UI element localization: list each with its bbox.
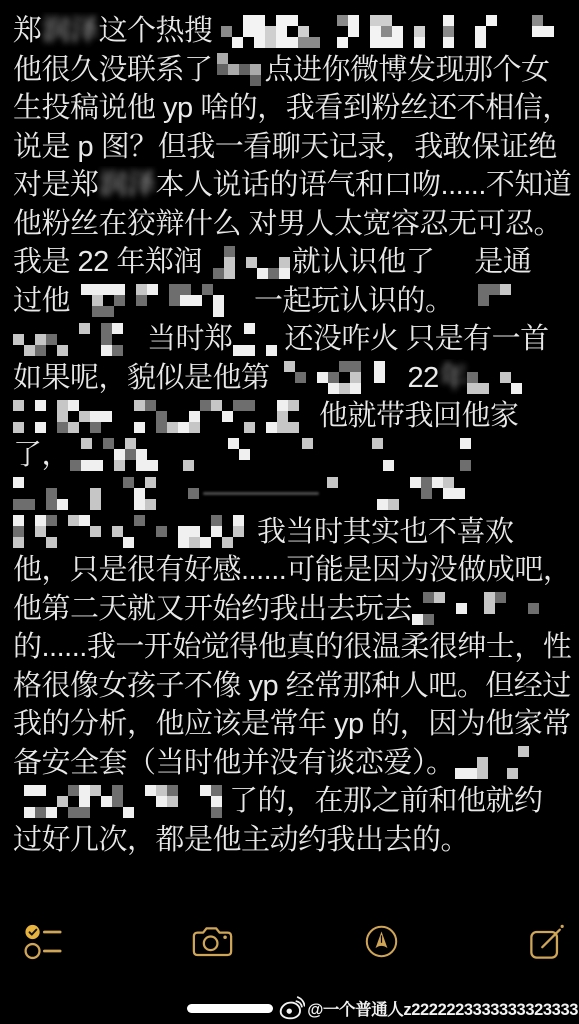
mosaic-redaction — [233, 323, 285, 356]
gap — [213, 26, 221, 36]
home-indicator[interactable] — [187, 1004, 273, 1013]
text-run: 当时郑 — [147, 320, 233, 359]
mosaic-redaction — [337, 15, 433, 48]
mosaic-redaction — [374, 361, 400, 394]
gap — [321, 26, 337, 36]
mosaic-redaction — [475, 15, 503, 48]
mosaic-redaction — [467, 361, 523, 394]
text-run: 还没咋火 只是有一首 — [285, 320, 549, 359]
text-line — [13, 474, 579, 513]
gap — [459, 26, 475, 36]
text-run: 过他 — [13, 282, 70, 321]
text-run: 说是 p 图？但我一看聊天记录，我敢保证绝 — [13, 128, 557, 167]
gap — [157, 488, 177, 498]
note-body[interactable]: 郑润泽这个热搜他很久没联系了点进你微博发现那个女生投稿说他 yp 啥的，我看到粉… — [13, 12, 579, 880]
bottom-toolbar — [0, 916, 579, 966]
gap — [402, 450, 438, 460]
text-run: 他就带我回他家 — [319, 397, 519, 436]
mosaic-redaction — [228, 438, 254, 471]
gap — [158, 450, 172, 460]
text-run: 的......我一开始觉得他真的很温柔很绅士，性 — [13, 628, 571, 667]
markup-button[interactable] — [364, 924, 399, 959]
text-run: 生投稿说他 yp 啥的，我看到粉丝还不相信， — [13, 89, 571, 128]
checklist-icon — [24, 923, 62, 960]
text-line: 了的，在那之前和他就约 — [13, 782, 579, 821]
gap — [319, 488, 327, 498]
gap — [516, 604, 528, 614]
gap — [454, 296, 478, 306]
text-line: 他粉丝在狡辩什么 对男人太宽容忍无可忍。 — [13, 205, 579, 244]
mosaic-redaction — [221, 15, 321, 48]
weibo-logo-icon — [278, 995, 305, 1021]
compose-icon — [529, 923, 565, 960]
text-line: 我的分析，他应该是常年 yp 的，因为他家常 — [13, 705, 579, 744]
text-run: 格很像女孩子不像 yp 经常那种人吧。但经过 — [13, 667, 571, 706]
gap — [476, 604, 484, 614]
camera-button[interactable] — [192, 925, 233, 957]
text-run: 我的分析，他应该是常年 yp 的，因为他家常 — [13, 705, 571, 744]
text-line: 他，只是很有好感......可能是因为没做成吧， — [13, 551, 579, 590]
blurred-text: 润泽 — [99, 166, 156, 205]
gap — [270, 373, 284, 383]
text-line: 他第二天就又开始约我出去玩去 — [13, 590, 579, 629]
text-line: 郑润泽这个热搜 — [13, 12, 579, 51]
mosaic-redaction — [202, 246, 292, 279]
text-run: 本人说话的语气和口吻......不知道 — [156, 166, 572, 205]
text-run: 了， — [13, 436, 70, 475]
text-run: 他第二天就又开始约我出去玩去 — [13, 590, 412, 629]
text-run: 我是 22 年郑润 — [13, 243, 202, 282]
gap — [311, 411, 319, 421]
mosaic-redaction — [528, 592, 546, 625]
text-run: 点进你微博发现那个女 — [265, 51, 550, 90]
mosaic-redaction — [455, 746, 493, 779]
gap — [212, 450, 228, 460]
text-line: 他就带我回他家 — [13, 397, 579, 436]
text-run: 他粉丝在狡辩什么 对男人太宽容忍无可忍。 — [13, 205, 562, 244]
gap — [111, 488, 123, 498]
gap — [123, 334, 147, 344]
mosaic-redaction — [177, 477, 203, 510]
gap — [400, 373, 408, 383]
text-line: 了， — [13, 436, 579, 475]
text-line: 我是 22 年郑润就认识他了是通 — [13, 243, 579, 282]
faint-strikethrough — [203, 492, 319, 495]
markup-icon — [364, 924, 399, 959]
camera-icon — [192, 925, 233, 957]
mosaic-redaction — [521, 15, 557, 48]
mosaic-redaction — [284, 361, 364, 394]
mosaic-redaction — [412, 592, 446, 625]
text-line: 生投稿说他 yp 啥的，我看到粉丝还不相信， — [13, 89, 579, 128]
mosaic-redaction — [377, 477, 469, 510]
mosaic-redaction — [13, 515, 247, 548]
text-run: 对是郑 — [13, 166, 99, 205]
text-run: 郑 — [13, 12, 42, 51]
text-run: 他很久没联系了 — [13, 51, 213, 90]
text-run: 备安全套（当时他并没有谈恋爱）。 — [13, 744, 455, 783]
mosaic-redaction — [302, 438, 330, 471]
mosaic-redaction — [13, 477, 111, 510]
text-line: 备安全套（当时他并没有谈恋爱）。 — [13, 744, 579, 783]
text-line: 我当时其实也不喜欢 — [13, 513, 579, 552]
text-run: 了的，在那之前和他就约 — [229, 782, 543, 821]
mosaic-redaction — [372, 438, 402, 471]
text-run: 过好几次，都是他主动约我出去的。 — [13, 821, 469, 860]
blurred-text: 年 — [439, 359, 468, 398]
mosaic-redaction — [13, 400, 311, 433]
mosaic-redaction — [484, 592, 516, 625]
gap — [493, 758, 507, 768]
gap — [433, 26, 443, 36]
text-line: 过好几次，都是他主动约我出去的。 — [13, 821, 579, 860]
mosaic-redaction — [70, 438, 158, 471]
checklist-button[interactable] — [24, 923, 62, 960]
text-run: 他，只是很有好感......可能是因为没做成吧， — [13, 551, 571, 590]
text-run: 这个热搜 — [99, 12, 213, 51]
compose-button[interactable] — [529, 923, 565, 960]
text-line: 他很久没联系了点进你微博发现那个女 — [13, 51, 579, 90]
gap — [247, 527, 257, 537]
blurred-text: 润泽 — [42, 12, 99, 51]
gap — [364, 373, 374, 383]
gap — [503, 26, 521, 36]
gap — [254, 450, 302, 460]
gap — [446, 604, 456, 614]
mosaic-redaction — [507, 746, 535, 779]
mosaic-redaction — [327, 477, 357, 510]
weibo-watermark: @一个普通人z2222223333333323333 — [278, 995, 578, 1021]
mosaic-redaction — [456, 592, 476, 625]
text-line: 的......我一开始觉得他真的很温柔很绅士，性 — [13, 628, 579, 667]
gap — [357, 488, 377, 498]
gap — [330, 450, 372, 460]
mosaic-redaction — [478, 284, 530, 317]
text-line: 说是 p 图？但我一看聊天记录，我敢保证绝 — [13, 128, 579, 167]
text-run: 是通 — [474, 243, 531, 282]
mosaic-redaction — [438, 438, 472, 471]
watermark-handle: @一个普通人z2222223333333323333 — [307, 996, 578, 1020]
mosaic-redaction — [172, 438, 212, 471]
text-run: 如果呢，貌似是他第 — [13, 359, 270, 398]
notes-screen: 郑润泽这个热搜他很久没联系了点进你微博发现那个女生投稿说他 yp 啥的，我看到粉… — [0, 0, 579, 1024]
text-line: 当时郑还没咋火 只是有一首 — [13, 320, 579, 359]
text-line: 如果呢，貌似是他第22年 — [13, 359, 579, 398]
text-run: 22 — [408, 359, 439, 398]
text-line: 格很像女孩子不像 yp 经常那种人吧。但经过 — [13, 667, 579, 706]
mosaic-redaction — [123, 477, 157, 510]
text-run: 一起玩认识的。 — [254, 282, 454, 321]
mosaic-redaction — [13, 323, 123, 356]
gap — [434, 257, 474, 267]
mosaic-redaction — [13, 785, 223, 818]
mosaic-redaction — [70, 284, 254, 317]
mosaic-redaction — [217, 53, 261, 86]
text-line: 过他一起玩认识的。 — [13, 282, 579, 321]
text-run: 就认识他了 — [292, 243, 435, 282]
mosaic-redaction — [443, 15, 459, 48]
text-run: 我当时其实也不喜欢 — [257, 513, 514, 552]
text-line: 对是郑润泽本人说话的语气和口吻......不知道 — [13, 166, 579, 205]
